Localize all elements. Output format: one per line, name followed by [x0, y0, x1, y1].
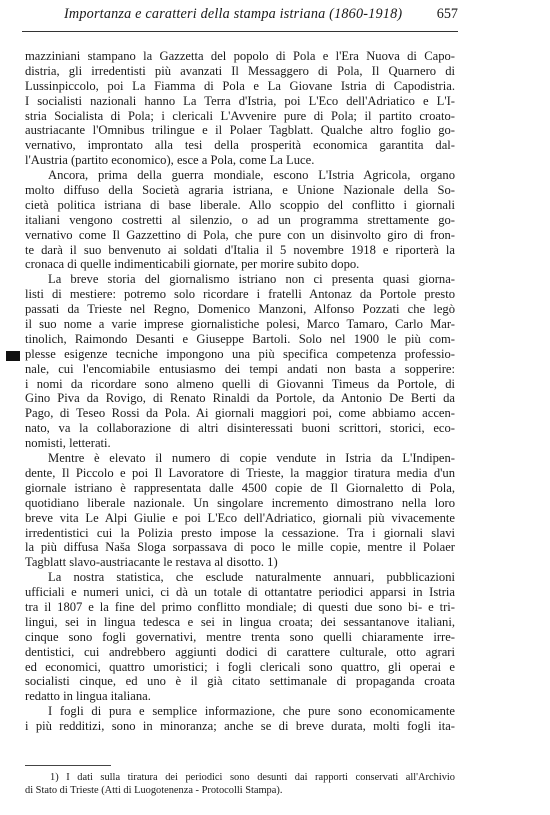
text-line: tinolich, Raimondo Desanti e Giuseppe Ba…	[25, 332, 455, 347]
text-line: vernativo come Il Gazzettino di Pola, ch…	[25, 228, 455, 243]
text-line: nato, va la collaborazione di altri disi…	[25, 421, 455, 436]
text-line: tra il 1807 e la fine del primo conflitt…	[25, 600, 455, 615]
footnote-line: di Stato di Trieste (Atti di Luogotenenz…	[25, 784, 455, 797]
text-line: giornale istriano è rappresentata dalle …	[25, 481, 455, 496]
footnotes: 1) I dati sulla tiratura dei periodici s…	[25, 771, 455, 797]
text-line: nomisti, letterati.	[25, 436, 455, 451]
text-line: la più diffusa Naša Sloga sorpassava di …	[25, 540, 455, 555]
text-line: vernativo, improntato alla tesi della pr…	[25, 138, 455, 153]
text-line: cietà politica istriana di base liberale…	[25, 198, 455, 213]
text-line: Tagblatt slavo-austriacante le restava a…	[25, 555, 455, 570]
running-title: Importanza e caratteri della stampa istr…	[64, 6, 402, 23]
text-line: italiani vengono costretti al silenzio, …	[25, 213, 455, 228]
text-line: Lussinpiccolo, poi La Fiamma di Pola e L…	[25, 79, 455, 94]
paragraph-start: La nostra statistica, che esclude natura…	[25, 570, 455, 585]
text-line: mazziniani stampano la Gazzetta del popo…	[25, 49, 455, 64]
text-line: dente, Il Piccolo e poi Il Lavoratore di…	[25, 466, 455, 481]
text-line: i nomi da ricordare sono almeno quelli d…	[25, 377, 455, 392]
margin-mark	[6, 351, 20, 361]
paragraph-start: La breve storia del giornalismo istriano…	[25, 272, 455, 287]
text-line: austriacante l'Omnibus trilingue e il Po…	[25, 123, 455, 138]
text-line: i più redditizi, sono in minoranza; anch…	[25, 719, 455, 734]
header-rule	[22, 31, 458, 32]
text-line: dentistici, cui andrebbero aggiunti dodi…	[25, 645, 455, 660]
text-line: passati da Trieste nel Regno, Domenico M…	[25, 302, 455, 317]
text-line: redatto in lingua italiana.	[25, 689, 455, 704]
text-line: Gino Piva da Rovigo, di Renato Rinaldi d…	[25, 391, 455, 406]
text-line: irredentistici cui la Polizia presto imp…	[25, 526, 455, 541]
text-line: cronaca di quelle indimenticabili giorna…	[25, 257, 455, 272]
text-line: Pago, di Teseo Rossi da Pola. Ai giornal…	[25, 406, 455, 421]
text-line: socialisti cinque, ed uno è il già citat…	[25, 674, 455, 689]
text-line: molto diffuso della Società agraria istr…	[25, 183, 455, 198]
body-text: mazziniani stampano la Gazzetta del popo…	[25, 49, 455, 734]
text-line: listi di mestiere: potremo solo ricordar…	[25, 287, 455, 302]
text-line: l'Austria (partito economico), esce a Po…	[25, 153, 455, 168]
text-line: distria, gli irredentisti più avanzati I…	[25, 64, 455, 79]
paragraph-start: Ancora, prima della guerra mondiale, esc…	[25, 168, 455, 183]
text-line: lingui, sei in lingua tedesca e sei in l…	[25, 615, 455, 630]
text-line: ufficiali e numeri unici, ci dà un total…	[25, 585, 455, 600]
paragraph-start: Mentre è elevato il numero di copie vend…	[25, 451, 455, 466]
footnote-rule	[25, 765, 111, 766]
text-line: breve vita Le Alpi Giulie e poi L'Eco de…	[25, 511, 455, 526]
paragraph-start: I fogli di pura e semplice informazione,…	[25, 704, 455, 719]
text-line: cinque sono fogli governativi, mentre tr…	[25, 630, 455, 645]
text-line: ed economici, quattro umoristici; i fogl…	[25, 660, 455, 675]
text-line: te darà il suo benvenuto ai soldati d'It…	[25, 243, 455, 258]
text-line: I socialisti nazionali hanno La Terra d'…	[25, 94, 455, 109]
text-line: stria Socialista di Pola; i clericali L'…	[25, 109, 455, 124]
running-header: Importanza e caratteri della stampa istr…	[22, 6, 458, 28]
text-line: plesse esigenze tecniche impongono una p…	[25, 347, 455, 362]
text-line: quotidiano liberale nazionale. Un singol…	[25, 496, 455, 511]
footnote-line: 1) I dati sulla tiratura dei periodici s…	[25, 771, 455, 784]
text-line: nale, cui l'encomiabile entusiasmo dei t…	[25, 362, 455, 377]
text-line: il suo nome a varie imprese giornalistic…	[25, 317, 455, 332]
page-number: 657	[437, 6, 458, 23]
